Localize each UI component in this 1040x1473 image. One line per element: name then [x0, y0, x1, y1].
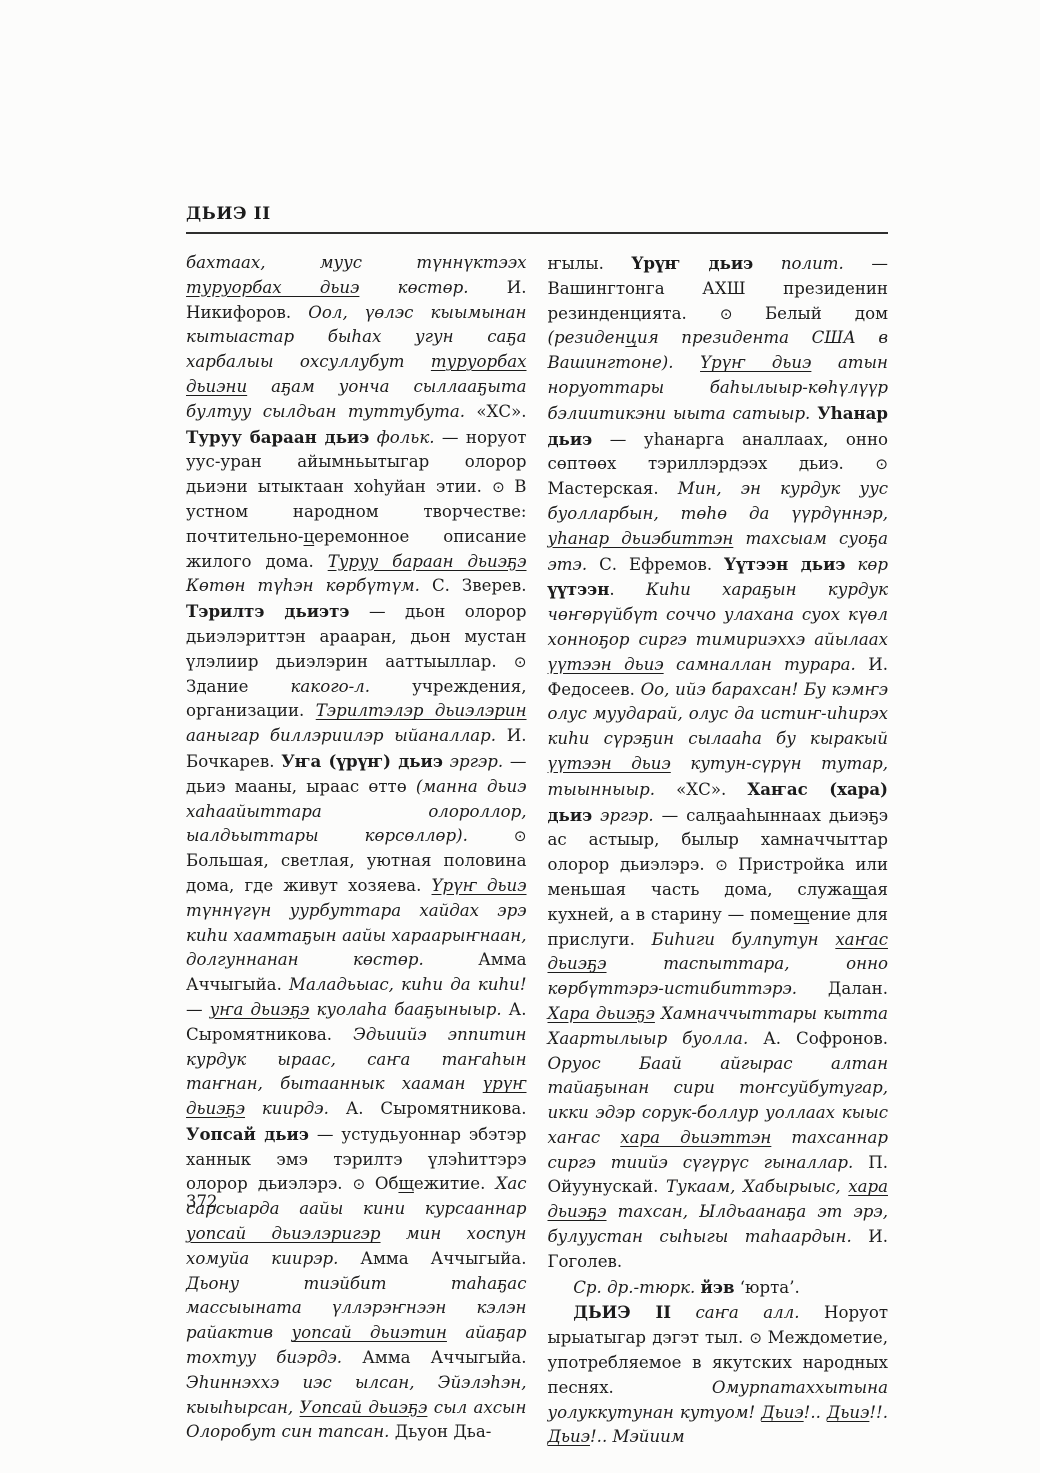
text-segment: ‘юрта’.	[735, 1278, 800, 1297]
text-segment: ежитие.	[414, 1174, 496, 1193]
sense-marker-icon: ⊙	[353, 1175, 375, 1193]
header-rule	[186, 232, 888, 234]
text-segment: хара дьиэттэн	[620, 1128, 771, 1147]
sense-marker-icon: ⊙	[875, 455, 888, 473]
text-segment: полит.	[753, 254, 844, 273]
text-segment: Дьиэ	[761, 1403, 804, 1422]
text-segment: !..	[804, 1403, 827, 1422]
text-segment: Белый дом	[765, 304, 888, 323]
text-segment: (резиден	[548, 328, 626, 347]
text-segment: Уопсай дьиэҕэ	[300, 1398, 428, 1417]
text-segment: Тэрилтэлэр дьиэлэрин	[316, 701, 527, 720]
dictionary-paragraph: бахтаах, муус түннүктээх туруорбах дьиэ …	[186, 251, 527, 1445]
text-segment: Далан.	[828, 979, 888, 998]
text-segment: А. Сыромятникова.	[346, 1099, 527, 1118]
sense-marker-icon: ⊙	[514, 827, 527, 845]
dictionary-paragraph: Ср. др.-тюрк. йэв ‘юрта’.	[548, 1275, 889, 1301]
text-segment: Мастерская.	[548, 479, 678, 498]
text-segment: Амма Аччыгыйа.	[360, 1249, 526, 1268]
text-segment: фольк.	[369, 428, 434, 447]
text-segment: Көтөн түһэн көрбүтүм.	[186, 576, 432, 595]
text-segment: уопсай дьиэлэригэр	[186, 1224, 381, 1243]
text-segment: Дьуон Дьа-	[395, 1422, 492, 1441]
text-segment: Об	[375, 1174, 399, 1193]
text-segment: Биһиги булпутун	[652, 930, 836, 949]
text-segment: Туруу бараан дьиэ	[186, 427, 369, 447]
text-segment: туруорбах дьиэ	[186, 278, 359, 297]
text-segment: ҥылы.	[548, 254, 632, 273]
text-segment: көр	[845, 555, 888, 574]
sense-marker-icon: ⊙	[514, 653, 527, 671]
text-segment: Дьиэ	[548, 1427, 591, 1446]
text-segment: үүтээн	[548, 579, 610, 599]
text-segment: бахтаах, муус түннүктээх	[186, 253, 527, 272]
text-segment: !..	[590, 1427, 613, 1446]
text-columns: бахтаах, муус түннүктээх туруорбах дьиэ …	[186, 251, 888, 1450]
text-segment: «ХС».	[476, 402, 526, 421]
text-segment: «ХС».	[676, 780, 747, 799]
text-segment: куолаһа бааҕыныыр.	[309, 1000, 508, 1019]
text-segment: Үрүҥ дьиэ	[631, 253, 753, 273]
text-segment: Дьиэ	[827, 1403, 870, 1422]
running-head: ДЬИЭ II	[186, 204, 271, 224]
text-segment: ц	[625, 328, 637, 347]
text-segment: эргэр.	[592, 806, 653, 825]
text-segment: какого-л.	[291, 677, 371, 696]
sense-marker-icon: ⊙	[749, 1329, 767, 1347]
text-segment: йэв	[701, 1277, 735, 1297]
text-segment: Тукаам, Хабырыыс,	[666, 1177, 848, 1196]
text-segment: .	[609, 580, 646, 599]
left-column: бахтаах, муус түннүктээх туруорбах дьиэ …	[186, 251, 527, 1450]
text-segment: щ	[794, 905, 809, 924]
text-segment: Үрүҥ дьиэ	[432, 876, 527, 895]
text-segment: ДЬИЭ II	[573, 1302, 671, 1322]
text-segment: ааныгар биллэриилэр ыйаналлар.	[186, 726, 507, 745]
text-segment: көстөр.	[359, 278, 506, 297]
text-segment: С. Зверев.	[432, 576, 527, 595]
text-segment: С. Ефремов.	[599, 555, 724, 574]
text-segment: Үрүҥ дьиэ	[700, 353, 811, 372]
text-segment: Туруу бараан дьиэҕэ	[328, 552, 527, 571]
text-segment: киирдэ.	[245, 1099, 346, 1118]
text-segment: Тэрилтэ дьиэтэ	[186, 601, 350, 621]
text-segment: щ	[398, 1174, 413, 1193]
text-segment: уҥа дьиэҕэ	[210, 1000, 310, 1019]
text-segment: эргэр.	[443, 752, 503, 771]
sense-marker-icon: ⊙	[492, 478, 514, 496]
dictionary-page: ДЬИЭ II бахтаах, муус түннүктээх туруорб…	[0, 0, 1040, 1473]
dictionary-paragraph: ДЬИЭ II саҥа алл. Норуот ырыатыгар дэгэт…	[548, 1300, 889, 1450]
text-segment: түннүгүн уурбуттара хайдах эрэ киһи хаам…	[186, 901, 527, 970]
text-segment: үүтээн дьиэ	[548, 754, 671, 773]
text-segment: Здание	[186, 677, 291, 696]
text-segment: Уопсай дьиэ	[186, 1124, 309, 1144]
text-segment: самналлан турара.	[664, 655, 869, 674]
page-number: 372	[186, 1192, 218, 1211]
text-segment: Амма Аччыгыйа.	[362, 1348, 526, 1367]
text-segment: Уҥа (үрүҥ) дьиэ	[281, 751, 443, 771]
sense-marker-icon: ⊙	[720, 305, 765, 323]
sense-marker-icon: ⊙	[715, 856, 738, 874]
text-segment: — уһанарга аналлаах, онно сөптөөх тэрилл…	[548, 430, 889, 474]
text-segment: уопсай дьиэтин	[291, 1323, 446, 1342]
text-segment: Мэйиим	[613, 1427, 685, 1446]
text-segment: саҥа алл.	[671, 1303, 800, 1322]
dictionary-paragraph: ҥылы. Үрүҥ дьиэ полит. — Вашингтонга АХШ…	[548, 251, 889, 1275]
right-column: ҥылы. Үрүҥ дьиэ полит. — Вашингтонга АХШ…	[548, 251, 889, 1450]
text-segment: А. Софронов.	[763, 1029, 888, 1048]
text-segment: !!.	[869, 1403, 888, 1422]
text-segment: уһанар дьиэбиттэн	[548, 529, 734, 548]
text-segment: щ	[852, 880, 867, 899]
text-segment: ц	[304, 527, 315, 546]
text-segment: Үүтээн дьиэ	[724, 554, 845, 574]
text-segment: үүтээн дьиэ	[548, 655, 664, 674]
text-segment: Хара дьиэҕэ	[548, 1004, 655, 1023]
text-segment: Ср. др.-тюрк.	[573, 1278, 700, 1297]
